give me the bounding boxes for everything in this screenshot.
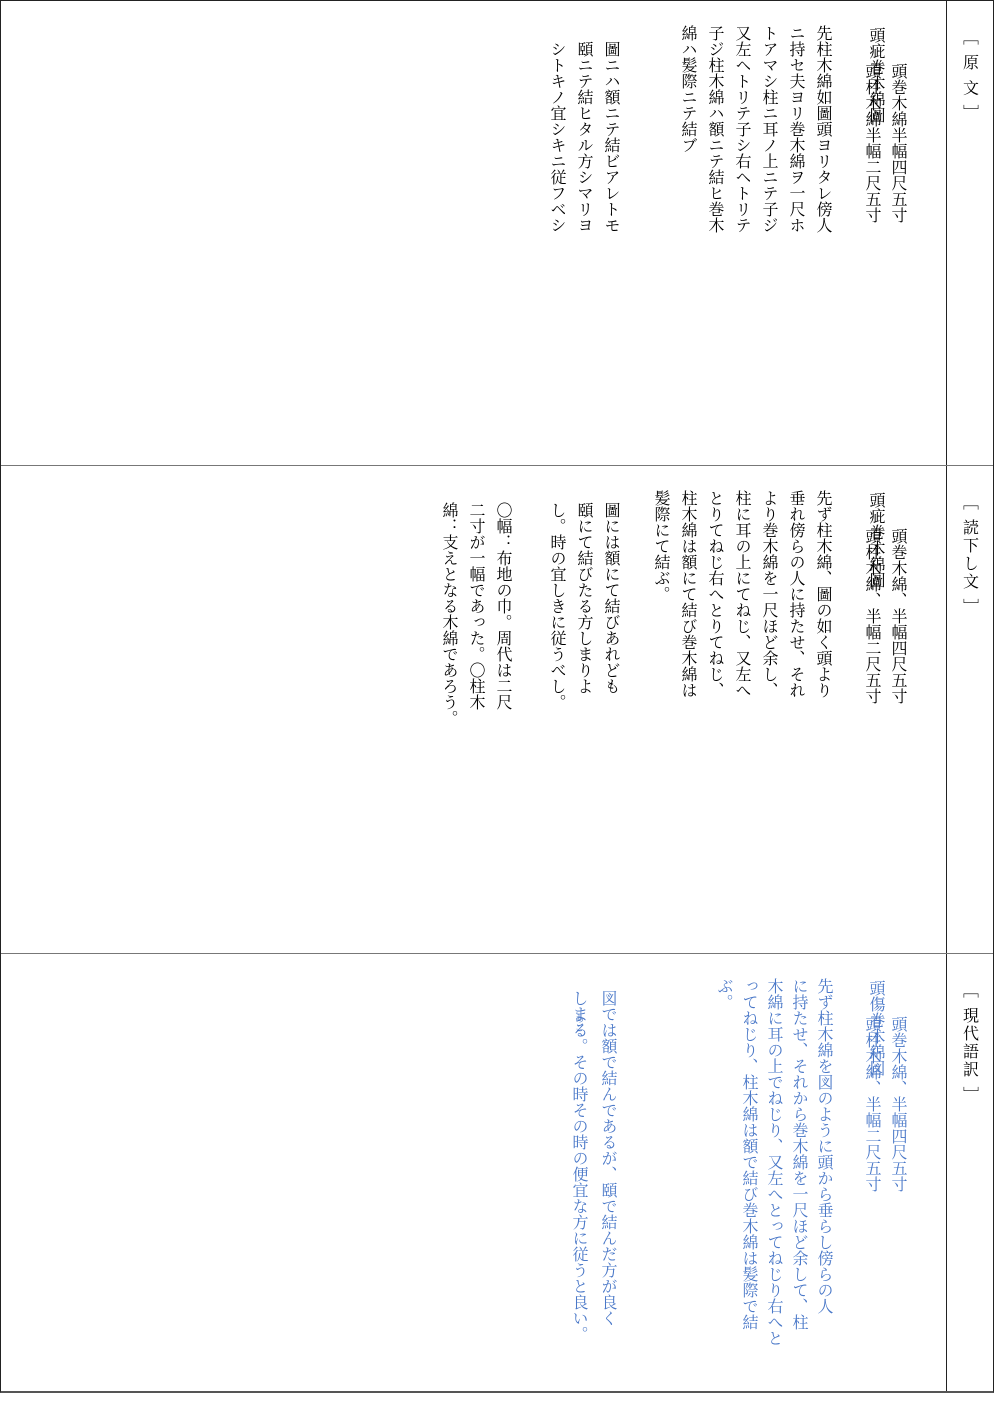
body-line: 先ず柱木綿を図のように頭から垂らし傍らの人 xyxy=(815,978,834,1314)
body-modern: 先ず柱木綿を図のように頭から垂らし傍らの人 に持たせ、それから巻木綿を一尺ほど余… xyxy=(712,978,837,1346)
subtitle-line: 頭巻木綿、半幅四尺五寸 xyxy=(889,1016,908,1192)
glossary-reading: 〇幅：布地の巾。周代は二尺 二寸が一幅であった。〇柱木 綿：支えとなる木綿であろ… xyxy=(436,502,517,726)
body-line: 垂れ傍らの人に持たせ、それ xyxy=(787,490,806,698)
section-label-reading: ［ 読下し文 ］ xyxy=(959,494,982,616)
body-line: ってねじり、柱木綿は額で結び巻木綿は髪際で結 xyxy=(740,978,759,1330)
document-frame: ［ 原 文 ］ 頭疵巻木綿圖 頭巻木綿半幅四尺五寸 頭柱木綿半幅二尺五寸 先柱木… xyxy=(0,0,994,1393)
subtitle-lines-modern: 頭巻木綿、半幅四尺五寸 頭柱木綿、半幅二尺五寸 xyxy=(859,1016,911,1192)
body-line: より巻木綿を一尺ほど余し、 xyxy=(760,490,779,698)
section-label-original: ［ 原 文 ］ xyxy=(959,29,982,122)
section-label-cell: ［ 原 文 ］ xyxy=(946,1,993,465)
subtitle-line: 頭巻木綿、半幅四尺五寸 xyxy=(889,528,908,704)
body-line: 柱に耳の上にてねじ、又左へ xyxy=(733,490,752,698)
subtitle-lines-reading: 頭巻木綿、半幅四尺五寸 頭柱木綿、半幅二尺五寸 xyxy=(859,528,911,704)
subtitle-lines-original: 頭巻木綿半幅四尺五寸 頭柱木綿半幅二尺五寸 xyxy=(859,63,911,223)
glossary-line: 〇幅：布地の巾。周代は二尺 xyxy=(494,502,513,710)
body-line: ニ持セ夫ヨリ巻木綿ヲ一尺ホ xyxy=(787,25,806,233)
section-content-reading: 頭疵巻木綿圖 頭巻木綿、半幅四尺五寸 頭柱木綿、半幅二尺五寸 先ず柱木綿、圖の如… xyxy=(1,466,947,953)
ruby-reading: あご xyxy=(572,1014,585,1032)
subtitle-line: 頭柱木綿、半幅二尺五寸 xyxy=(863,1016,882,1192)
subtitle-line: 頭柱木綿半幅二尺五寸 xyxy=(863,63,882,223)
glossary-line: 二寸が一幅であった。〇柱木 xyxy=(467,502,486,710)
body-line: 子ジ柱木綿ハ額ニテ結ヒ巻木 xyxy=(706,25,725,233)
body-line: 先ず柱木綿、圖の如く頭より xyxy=(814,490,833,698)
body-line: 木綿に耳の上でねじり、又左へとってねじり右へと xyxy=(765,978,784,1346)
section-label-cell: ［ 現代語訳 ］ xyxy=(946,954,993,1391)
note-line: しまる。その時その時の便宜な方に従うと良い。 xyxy=(570,990,589,1342)
note-modern: 図では額で結んであるが、頤で結んだ方が良く しまる。その時その時の便宜な方に従う… xyxy=(565,990,623,1342)
note-reading: 圖には額にて結びあれども 頤にて結びたる方しまりよ し。時の宜しきに従うべし。 xyxy=(544,502,625,710)
body-original: 先柱木綿如圖頭ヨリタレ傍人 ニ持セ夫ヨリ巻木綿ヲ一尺ホ トアマシ柱ニ耳ノ上ニテ子… xyxy=(675,25,837,233)
note-line: 頤にて結びたる方しまりよ xyxy=(575,502,594,694)
body-line: に持たせ、それから巻木綿を一尺ほど余して、柱 xyxy=(790,978,809,1330)
section-modern: ［ 現代語訳 ］ 頭傷巻木綿図 頭巻木綿、半幅四尺五寸 頭柱木綿、半幅二尺五寸 … xyxy=(1,954,993,1391)
glossary-line: 綿：支えとなる木綿であろう。 xyxy=(440,502,459,726)
section-reading: ［ 読下し文 ］ 頭疵巻木綿圖 頭巻木綿、半幅四尺五寸 頭柱木綿、半幅二尺五寸 … xyxy=(1,466,993,954)
note-line: 図では額で結んであるが、頤で結んだ方が良く xyxy=(599,990,618,1326)
body-line: とりてねじ右へとりてねじ、 xyxy=(706,490,725,698)
section-label-modern: ［ 現代語訳 ］ xyxy=(959,982,982,1104)
note-line: し。時の宜しきに従うべし。 xyxy=(548,502,567,710)
subtitle-line: 頭柱木綿、半幅二尺五寸 xyxy=(863,528,882,704)
body-line: 先柱木綿如圖頭ヨリタレ傍人 xyxy=(814,25,833,233)
section-content-original: 頭疵巻木綿圖 頭巻木綿半幅四尺五寸 頭柱木綿半幅二尺五寸 先柱木綿如圖頭ヨリタレ… xyxy=(1,1,947,465)
body-line: トアマシ柱ニ耳ノ上ニテ子ジ xyxy=(760,25,779,233)
note-line: 頤ニテ結ヒタル方シマリヨ xyxy=(575,41,594,233)
section-content-modern: 頭傷巻木綿図 頭巻木綿、半幅四尺五寸 頭柱木綿、半幅二尺五寸 先ず柱木綿を図のよ… xyxy=(1,954,947,1391)
note-line: シトキノ宜シキニ従フベシ xyxy=(548,41,567,233)
body-line: 綿ハ髪際ニテ結ブ xyxy=(679,25,698,153)
note-line: 圖ニハ額ニテ結ビアレトモ xyxy=(602,41,621,233)
body-line: 髪際にて結ぶ。 xyxy=(652,490,671,602)
section-label-cell: ［ 読下し文 ］ xyxy=(946,466,993,953)
body-line: 又左ヘトリテ子シ右ヘトリテ xyxy=(733,25,752,233)
body-reading: 先ず柱木綿、圖の如く頭より 垂れ傍らの人に持たせ、それ より巻木綿を一尺ほど余し… xyxy=(648,490,837,698)
note-line: 圖には額にて結びあれども xyxy=(602,502,621,694)
body-line: ぶ。 xyxy=(715,978,734,1010)
subtitle-line: 頭巻木綿半幅四尺五寸 xyxy=(889,63,908,223)
body-line: 柱木綿は額にて結び巻木綿は xyxy=(679,490,698,698)
note-original: 圖ニハ額ニテ結ビアレトモ 頤ニテ結ヒタル方シマリヨ シトキノ宜シキニ従フベシ xyxy=(544,41,625,233)
section-original: ［ 原 文 ］ 頭疵巻木綿圖 頭巻木綿半幅四尺五寸 頭柱木綿半幅二尺五寸 先柱木… xyxy=(1,1,993,466)
